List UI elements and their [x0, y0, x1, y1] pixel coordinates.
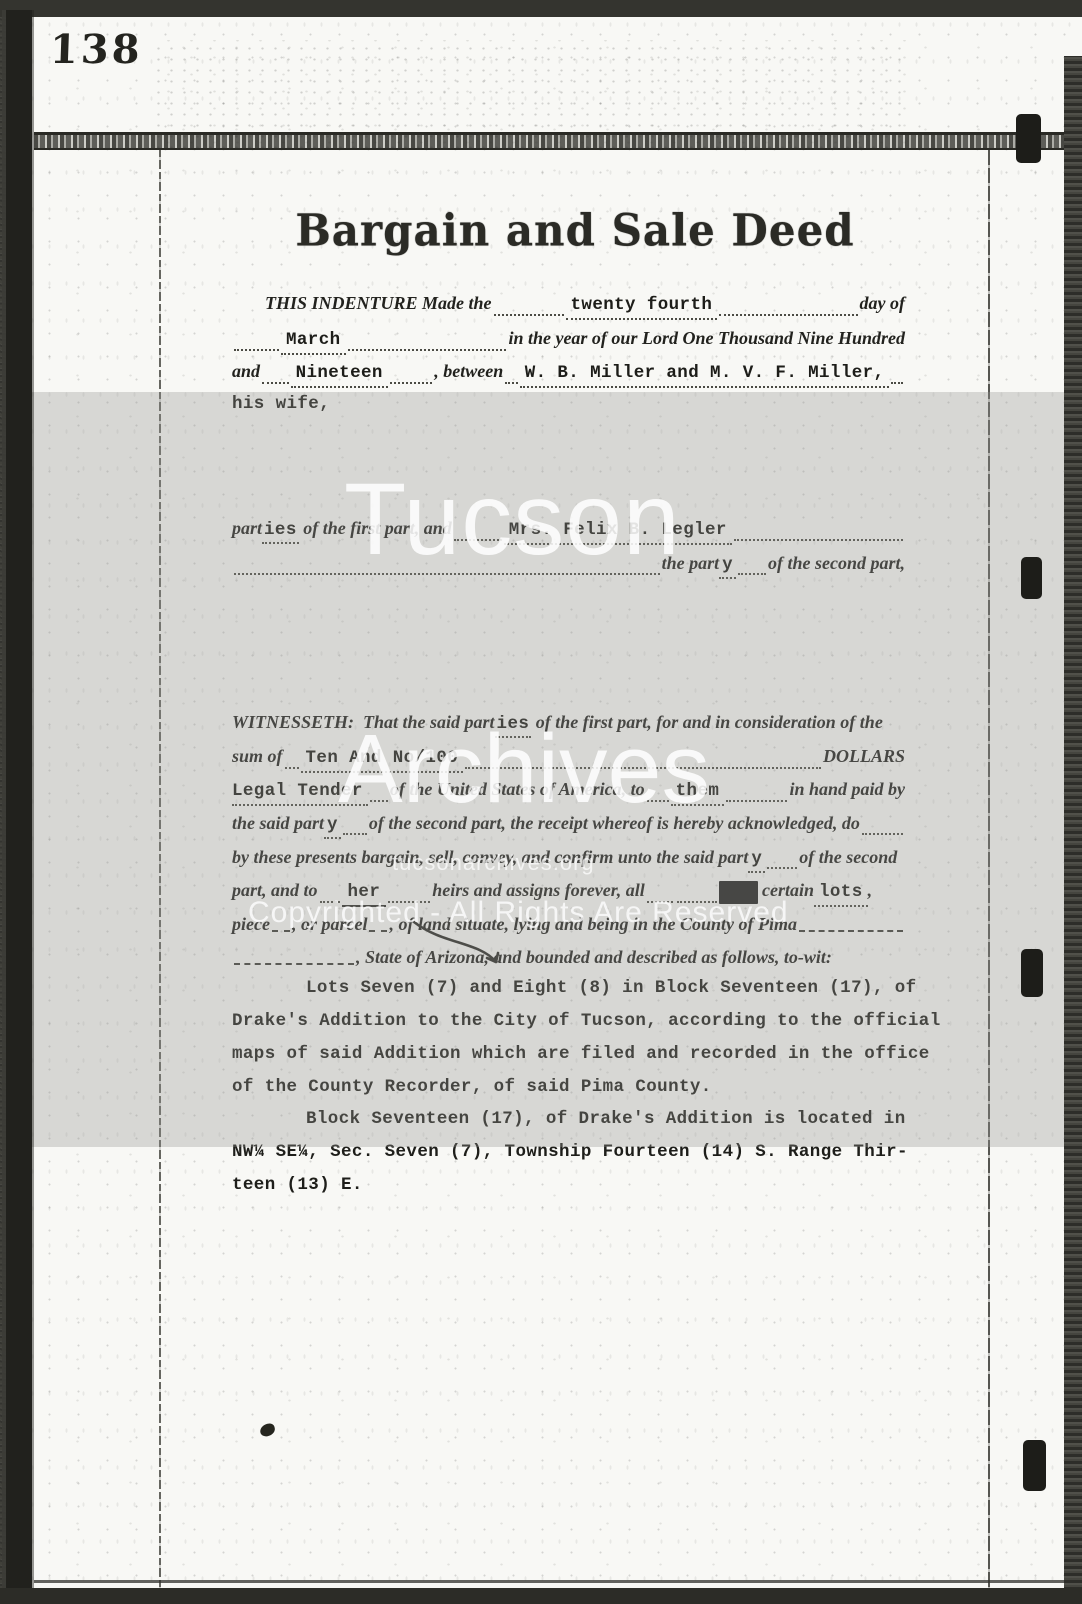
form-line-confirm: by these presents bargain, sell, convey,… [232, 846, 905, 873]
form-line-second-part: the part y of the second part, [232, 552, 905, 579]
typed-year: Nineteen [291, 362, 388, 388]
typed-struck-out: XXX [719, 881, 758, 904]
typed-month: March [281, 329, 346, 355]
dotted-blank [719, 312, 857, 316]
dotted-blank [262, 380, 289, 384]
form-line-witnesseth: WITNESSETH: That the said part ies of th… [232, 711, 905, 738]
typed-paragraph-line: NW¼ SE¼, Sec. Seven (7), Township Fourte… [232, 1142, 932, 1162]
dash-blank [799, 928, 903, 932]
dotted-blank [285, 765, 299, 769]
typed-his-wife: his wife, [232, 393, 330, 416]
deed-title: Bargain and Sale Deed [160, 205, 990, 256]
typed-paragraph-line: maps of said Addition which are filed an… [232, 1044, 932, 1064]
printed-text: in hand paid by [789, 778, 905, 801]
printed-text: and [232, 360, 260, 383]
form-line-tender: Legal Tender of the United States of Ame… [232, 778, 905, 806]
dotted-blank [465, 765, 821, 769]
form-line-first-part: part ies of the first part, and Mrs. Fel… [232, 517, 905, 545]
printed-text: day of [860, 292, 905, 315]
printed-text: part [232, 517, 262, 540]
typed-ies: ies [262, 519, 299, 544]
dotted-blank [726, 798, 787, 802]
printed-text: , or parcel [292, 913, 368, 936]
printed-text: in the year of our Lord One Thousand Nin… [508, 327, 905, 350]
printed-text: the said part [232, 812, 324, 835]
dotted-blank [234, 571, 660, 575]
dotted-blank [505, 380, 517, 384]
dotted-blank [891, 380, 903, 384]
dash-blank [272, 928, 290, 932]
header-ruled-line [34, 132, 1064, 150]
typed-lots: lots [814, 881, 868, 907]
typed-paragraph-line: of the County Recorder, of said Pima Cou… [232, 1077, 932, 1097]
page-number: 138 [49, 26, 143, 73]
typed-y: y [324, 814, 341, 839]
dotted-blank [388, 899, 430, 903]
printed-text: WITNESSETH: That the said part [232, 711, 495, 734]
printed-text: certain [758, 879, 815, 902]
printed-text: of the second [799, 846, 897, 869]
bottom-ruled-line [34, 1580, 1064, 1583]
printed-text: of the first part, and [299, 517, 452, 540]
typed-ies: ies [495, 713, 532, 738]
typed-paragraph-line: teen (13) E. [232, 1175, 932, 1195]
handwritten-mark [408, 918, 518, 976]
binder-mark [1021, 557, 1042, 599]
dotted-blank [234, 347, 279, 351]
dotted-blank [390, 380, 433, 384]
left-margin-line [159, 150, 161, 1588]
form-line-his-wife: his wife, [232, 393, 905, 416]
scan-edge-bottom [0, 1588, 1082, 1604]
dash-blank [369, 928, 387, 932]
binder-mark [1016, 114, 1041, 163]
typed-legal-tender: Legal Tender [232, 780, 368, 806]
dotted-blank [767, 865, 797, 869]
printed-text: of the United States of America, to [390, 778, 645, 801]
typed-them: them [671, 780, 725, 806]
binder-mark [1023, 1440, 1046, 1491]
typed-grantor-names: W. B. Miller and M. V. F. Miller, [520, 362, 890, 388]
typed-paragraph-line: Drake's Addition to the City of Tucson, … [232, 1011, 932, 1031]
printed-text: the part [662, 552, 720, 575]
typed-y: y [748, 848, 765, 873]
printed-text: of the second part, the receipt whereof … [369, 812, 860, 835]
form-line-parcel: piece , or parcel , of land situate, lyi… [232, 913, 905, 936]
printed-text: piece [232, 913, 270, 936]
printed-text: THIS INDENTURE Made the [265, 292, 492, 315]
dotted-blank [370, 798, 388, 802]
typed-her: her [342, 881, 387, 907]
dotted-blank [647, 798, 669, 802]
binder-mark [1021, 949, 1043, 997]
dash-blank [234, 961, 354, 965]
typed-amount: Ten And No/100 [301, 747, 464, 773]
scan-edge-right [1064, 56, 1082, 1604]
printed-text: , [868, 879, 873, 902]
form-line-year-parties: and Nineteen , between W. B. Miller and … [232, 360, 905, 388]
typed-paragraph-line: Lots Seven (7) and Eight (8) in Block Se… [306, 978, 1006, 998]
form-line-indenture: THIS INDENTURE Made the twenty fourth da… [265, 292, 905, 320]
typed-y: y [719, 554, 736, 579]
form-line-receipt: the said part y of the second part, the … [232, 812, 905, 839]
scan-edge-left [6, 10, 32, 1604]
printed-text: of the first part, for and in considerat… [531, 711, 883, 734]
printed-text: heirs and assigns forever, all [432, 879, 645, 902]
printed-text: part, and to [232, 879, 318, 902]
printed-text: , between [434, 360, 503, 383]
dotted-blank [343, 831, 367, 835]
deed-scan: 138 Bargain and Sale Deed THIS INDENTURE… [0, 0, 1082, 1604]
printed-text: sum of [232, 745, 283, 768]
dotted-blank [348, 347, 507, 351]
right-margin-line [988, 150, 990, 1588]
typed-day: twenty fourth [566, 294, 718, 320]
dotted-blank [862, 831, 903, 835]
form-line-state: , State of Arizona, and bounded and desc… [232, 946, 905, 969]
dotted-blank [738, 571, 766, 575]
dotted-blank [677, 899, 717, 903]
dotted-blank [734, 537, 903, 541]
form-line-heirs: part, and to her heirs and assigns forev… [232, 879, 905, 907]
dotted-blank [494, 312, 564, 316]
form-line-month: March in the year of our Lord One Thousa… [232, 327, 905, 355]
printed-text: of the second part, [768, 552, 905, 575]
form-line-sum: sum of Ten And No/100 DOLLARS [232, 745, 905, 773]
printed-text: by these presents bargain, sell, convey,… [232, 846, 748, 869]
typed-grantee-name: Mrs. Felix B. Legler [504, 519, 732, 545]
typed-paragraph-line: Block Seventeen (17), of Drake's Additio… [306, 1109, 1006, 1129]
dotted-blank [454, 537, 502, 541]
dotted-blank [647, 899, 673, 903]
dotted-blank [320, 899, 340, 903]
printed-text: DOLLARS [823, 745, 905, 768]
scan-edge-top [0, 0, 1082, 17]
